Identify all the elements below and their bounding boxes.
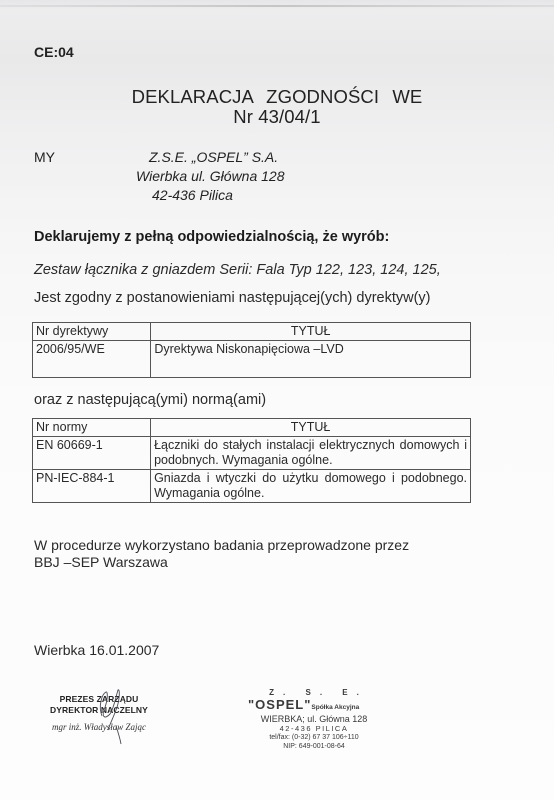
testing-body: BBJ –SEP Warszawa bbox=[34, 554, 168, 570]
header-cell: Nr dyrektywy bbox=[33, 323, 151, 341]
scan-edge-line bbox=[0, 5, 554, 7]
stamp-city: 42-436 PILICA bbox=[244, 724, 384, 733]
document-page: CE:04 DEKLARACJA ZGODNOŚCI WE Nr 43/04/1… bbox=[0, 0, 554, 800]
header-cell: Nr normy bbox=[33, 419, 151, 437]
standards-table: Nr normy TYTUŁ EN 60669-1 Łączniki do st… bbox=[32, 418, 471, 503]
directives-table: Nr dyrektywy TYTUŁ 2006/95/WE Dyrektywa … bbox=[32, 322, 471, 378]
handwritten-signature-icon bbox=[80, 686, 150, 746]
table-header-row: Nr normy TYTUŁ bbox=[33, 419, 471, 437]
standards-intro: oraz z następującą(ymi) normą(ami) bbox=[34, 392, 266, 408]
table-cell: PN-IEC-884-1 bbox=[33, 470, 151, 503]
manufacturer-city: 42-436 Pilica bbox=[152, 187, 233, 203]
place-and-date: Wierbka 16.01.2007 bbox=[34, 642, 159, 658]
table-row: 2006/95/WE Dyrektywa Niskonapięciowa –LV… bbox=[33, 341, 471, 378]
table-row: PN-IEC-884-1 Gniazda i wtyczki do użytku… bbox=[33, 470, 471, 503]
document-code: CE:04 bbox=[34, 44, 74, 60]
company-stamp: Z. S. E. "OSPEL"Spółka Akcyjna WIERBKA; … bbox=[244, 688, 384, 751]
header-cell: TYTUŁ bbox=[151, 419, 471, 437]
stamp-address: WIERBKA; ul. Główna 128 bbox=[244, 714, 384, 724]
stamp-nip: NIP: 649-001-08-64 bbox=[244, 742, 384, 751]
table-header-row: Nr dyrektywy TYTUŁ bbox=[33, 323, 471, 341]
header-cell: TYTUŁ bbox=[151, 323, 471, 341]
document-title: DEKLARACJA ZGODNOŚCI WE bbox=[0, 86, 554, 108]
table-cell: 2006/95/WE bbox=[33, 341, 151, 378]
procedure-text: W procedurze wykorzystano badania przepr… bbox=[34, 537, 409, 553]
stamp-brand: "OSPEL"Spółka Akcyjna bbox=[244, 698, 384, 714]
table-row: EN 60669-1 Łączniki do stałych instalacj… bbox=[33, 437, 471, 470]
table-cell: Łączniki do stałych instalacji elektrycz… bbox=[151, 437, 471, 470]
directives-intro: Jest zgodny z postanowieniami następując… bbox=[34, 290, 431, 306]
manufacturer-street: Wierbka ul. Główna 128 bbox=[136, 168, 285, 184]
manufacturer-name: Z.S.E. „OSPEL” S.A. bbox=[149, 149, 278, 165]
document-number: Nr 43/04/1 bbox=[0, 106, 554, 128]
stamp-brand-name: "OSPEL" bbox=[248, 697, 311, 712]
stamp-brand-suffix: Spółka Akcyjna bbox=[311, 704, 359, 711]
product-description: Zestaw łącznika z gniazdem Serii: Fala T… bbox=[34, 262, 441, 278]
table-cell: EN 60669-1 bbox=[33, 437, 151, 470]
manufacturer-label: MY bbox=[34, 149, 55, 165]
table-cell: Gniazda i wtyczki do użytku domowego i p… bbox=[151, 470, 471, 503]
stamp-phone: tel/fax: (0-32) 67 37 106÷110 bbox=[244, 733, 384, 742]
declaration-heading: Deklarujemy z pełną odpowiedzialnością, … bbox=[34, 229, 389, 245]
table-cell: Dyrektywa Niskonapięciowa –LVD bbox=[151, 341, 471, 378]
